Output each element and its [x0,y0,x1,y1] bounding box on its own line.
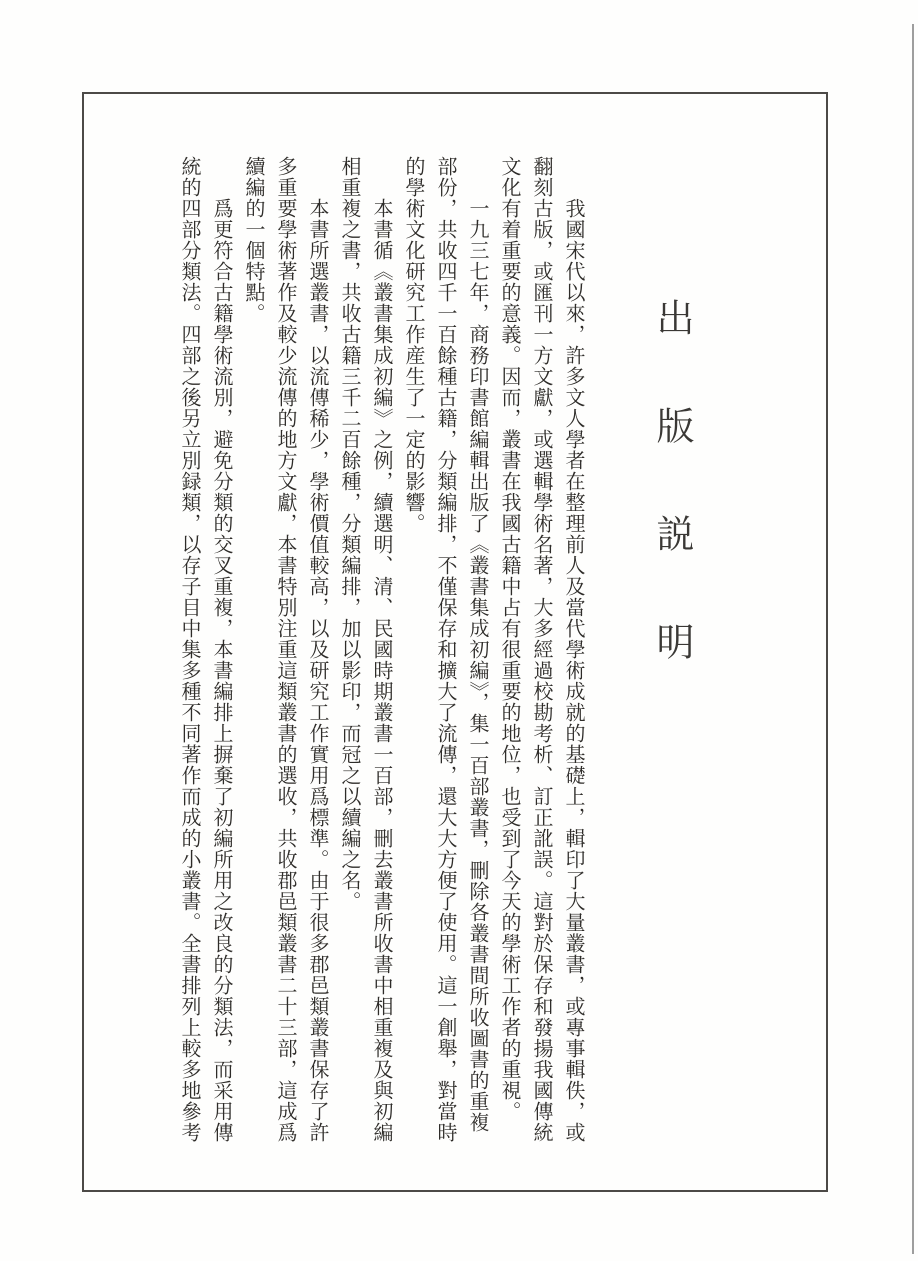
publication-notes-text: 我國宋代以來，許多文人學者在整理前人及當代學術成就的基礎上，輯印了大量叢書，或專… [156,156,590,1150]
scanner-edge-shadow [912,24,914,1254]
paragraph-1: 我國宋代以來，許多文人學者在整理前人及當代學術成就的基礎上，輯印了大量叢書，或專… [494,156,590,1150]
paragraph-2: 一九三七年，商務印書館編輯出版了《叢書集成初編》，集一百部叢書，刪除各叢書間所收… [398,156,494,1150]
paragraph-5: 爲更符合古籍學術流別，避免分類的交叉重複，本書編排上摒棄了初編所用之改良的分類法… [174,156,238,1150]
page-title: 出版説明 [645,298,700,718]
paragraph-3: 本書循《叢書集成初編》之例，續選明、清、民國時期叢書一百部，刪去叢書所收書中相重… [334,156,398,1150]
scanned-book-page: 出版説明 我國宋代以來，許多文人學者在整理前人及當代學術成就的基礎上，輯印了大量… [0,0,918,1261]
paragraph-4: 本書所選叢書，以流傳稀少，學術價值較高，以及研究工作實用爲標準。由于很多郡邑類叢… [238,156,334,1150]
